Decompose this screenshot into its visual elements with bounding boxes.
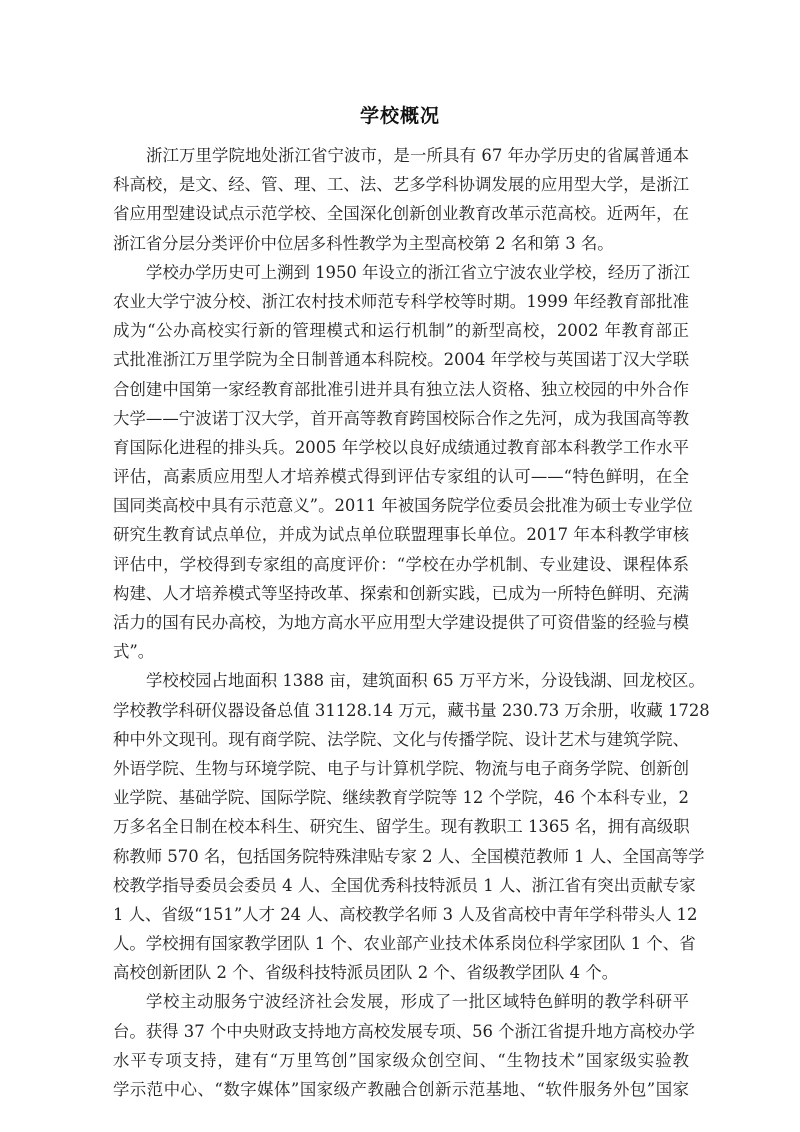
text-line: 1 人、省级“151”人才 24 人、高校教学名师 3 人及省高校中青年学科带头… (113, 900, 689, 929)
text-line: 评估，高素质应用型人才培养模式得到评估专家组的认可——“特色鲜明，在全 (113, 462, 689, 491)
text-line: 省应用型建设试点示范学校、全国深化创新创业教育改革示范高校。近两年，在 (113, 199, 689, 228)
text-line: 成为“公办高校实行新的管理模式和运行机制”的新型高校，2002 年教育部正 (113, 316, 689, 345)
text-line: 活力的国有民办高校，为地方高水平应用型大学建设提供了可资借鉴的经验与模 (113, 608, 689, 637)
text-line: 式”。 (113, 637, 689, 666)
text-line: 称教师 570 名，包括国务院特殊津贴专家 2 人、全国模范教师 1 人、全国高… (113, 842, 689, 871)
text-line: 评估中，学校得到专家组的高度评价：“学校在办学机制、专业建设、课程体系 (113, 550, 689, 579)
document-page: 学校概况 浙江万里学院地处浙江省宁波市，是一所具有 67 年办学历史的省属普通本… (0, 0, 800, 1132)
paragraph-campus-faculty: 学校校园占地面积 1388 亩，建筑面积 65 万平方米，分设钱湖、回龙校区。 … (113, 666, 689, 987)
text-line: 大学——宁波诺丁汉大学，首开高等教育跨国校际合作之先河，成为我国高等教 (113, 404, 689, 433)
text-line: 研究生教育试点单位，并成为试点单位联盟理事长单位。2017 年本科教学审核 (113, 520, 689, 549)
text-line: 科高校，是文、经、管、理、工、法、艺多学科协调发展的应用型大学，是浙江 (113, 170, 689, 199)
text-line: 浙江万里学院地处浙江省宁波市，是一所具有 67 年办学历史的省属普通本 (113, 141, 689, 170)
text-line: 业学院、基础学院、国际学院、继续教育学院等 12 个学院，46 个本科专业，2 (113, 783, 689, 812)
text-line: 育国际化进程的排头兵。2005 年学校以良好成绩通过教育部本科教学工作水平 (113, 433, 689, 462)
text-line: 人。学校拥有国家教学团队 1 个、农业部产业技术体系岗位科学家团队 1 个、省 (113, 929, 689, 958)
text-line: 校教学指导委员会委员 4 人、全国优秀科技特派员 1 人、浙江省有突出贡献专家 (113, 871, 689, 900)
document-body: 浙江万里学院地处浙江省宁波市，是一所具有 67 年办学历史的省属普通本 科高校，… (113, 141, 689, 1104)
text-line: 高校创新团队 2 个、省级科技特派员团队 2 个、省级教学团队 4 个。 (113, 958, 689, 987)
text-line: 学示范中心、“数字媒体”国家级产教融合创新示范基地、“软件服务外包”国家 (113, 1075, 689, 1104)
text-line: 浙江省分层分类评价中位居多科性教学为主型高校第 2 名和第 3 名。 (113, 229, 689, 258)
page-title: 学校概况 (0, 101, 800, 128)
text-line: 国同类高校中具有示范意义”。2011 年被国务院学位委员会批准为硕士专业学位 (113, 491, 689, 520)
text-line: 构建、人才培养模式等坚持改革、探索和创新实践，已成为一所特色鲜明、充满 (113, 579, 689, 608)
text-line: 万多名全日制在校本科生、研究生、留学生。现有教职工 1365 名，拥有高级职 (113, 812, 689, 841)
text-line: 水平专项支持，建有“万里笃创”国家级众创空间、“生物技术”国家级实验教 (113, 1046, 689, 1075)
text-line: 合创建中国第一家经教育部批准引进并具有独立法人资格、独立校园的中外合作 (113, 375, 689, 404)
text-line: 学校教学科研仪器设备总值 31128.14 万元，藏书量 230.73 万余册，… (113, 696, 689, 725)
text-line: 学校办学历史可上溯到 1950 年设立的浙江省立宁波农业学校，经历了浙江 (113, 258, 689, 287)
text-line: 学校校园占地面积 1388 亩，建筑面积 65 万平方米，分设钱湖、回龙校区。 (113, 666, 689, 695)
text-line: 式批准浙江万里学院为全日制普通本科院校。2004 年学校与英国诺丁汉大学联 (113, 345, 689, 374)
text-line: 学校主动服务宁波经济社会发展，形成了一批区域特色鲜明的教学科研平 (113, 987, 689, 1016)
paragraph-history: 学校办学历史可上溯到 1950 年设立的浙江省立宁波农业学校，经历了浙江 农业大… (113, 258, 689, 667)
text-line: 种中外文现刊。现有商学院、法学院、文化与传播学院、设计艺术与建筑学院、 (113, 725, 689, 754)
paragraph-service-platforms: 学校主动服务宁波经济社会发展，形成了一批区域特色鲜明的教学科研平 台。获得 37… (113, 987, 689, 1104)
text-line: 台。获得 37 个中央财政支持地方高校发展专项、56 个浙江省提升地方高校办学 (113, 1017, 689, 1046)
paragraph-overview: 浙江万里学院地处浙江省宁波市，是一所具有 67 年办学历史的省属普通本 科高校，… (113, 141, 689, 258)
text-line: 外语学院、生物与环境学院、电子与计算机学院、物流与电子商务学院、创新创 (113, 754, 689, 783)
text-line: 农业大学宁波分校、浙江农村技术师范专科学校等时期。1999 年经教育部批准 (113, 287, 689, 316)
